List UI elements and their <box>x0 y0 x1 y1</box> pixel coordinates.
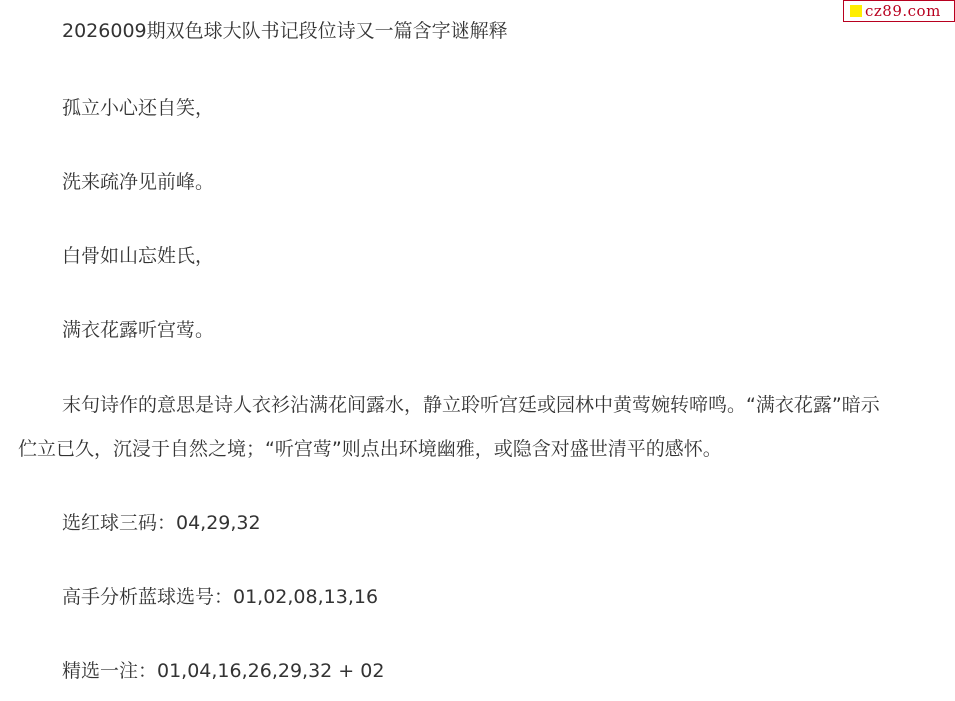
poem-line-1: 孤立小心还自笑， <box>62 95 214 121</box>
watermark-text: cz89.com <box>865 2 941 20</box>
red-ball-picks: 选红球三码：04,29,32 <box>62 510 261 536</box>
final-pick: 精选一注：01,04,16,26,29,32 + 02 <box>62 658 384 684</box>
poem-line-2: 洗来疏净见前峰。 <box>62 169 214 195</box>
poem-line-4: 满衣花露听宫莺。 <box>62 317 214 343</box>
poem-line-3: 白骨如山忘姓氏， <box>62 243 214 269</box>
blue-ball-picks: 高手分析蓝球选号：01,02,08,13,16 <box>62 584 378 610</box>
watermark-badge: cz89.com <box>843 0 955 22</box>
explanation-paragraph: 末句诗作的意思是诗人衣衫沾满花间露水，静立聆听宫廷或园林中黄莺婉转啼鸣。“满衣花… <box>18 383 898 471</box>
yellow-square-icon <box>850 5 862 17</box>
article-title: 2026009期双色球大队书记段位诗又一篇含字谜解释 <box>62 18 508 44</box>
